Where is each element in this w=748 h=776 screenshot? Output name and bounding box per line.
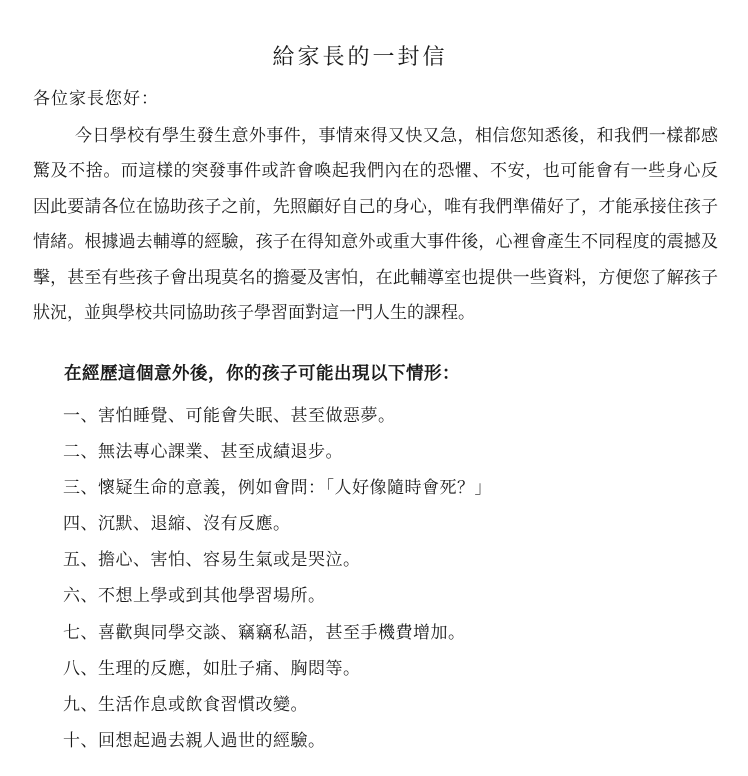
document-title: 給家長的一封信 bbox=[0, 40, 720, 71]
body-line: 驚及不捨。而這樣的突發事件或許會喚起我們內在的恐懼、不安，也可能會有一些身心反應… bbox=[33, 153, 718, 188]
list-item: 九、生活作息或飲食習慣改變。 bbox=[63, 687, 718, 723]
list-item: 十、回想起過去親人過世的經驗。 bbox=[63, 723, 718, 759]
letter-document-page: 給家長的一封信 各位家長您好： 今日學校有學生發生意外事件，事情來得又快又急，相… bbox=[0, 0, 748, 776]
section-heading: 在經歷這個意外後，你的孩子可能出現以下情形： bbox=[64, 360, 460, 385]
list-item: 六、不想上學或到其他學習場所。 bbox=[63, 578, 718, 614]
body-line: 擊，甚至有些孩子會出現莫名的擔憂及害怕，在此輔導室也提供一些資料，方便您了解孩子… bbox=[33, 260, 718, 295]
symptom-list: 一、害怕睡覺、可能會失眠、甚至做惡夢。 二、無法專心課業、甚至成績退步。 三、懷… bbox=[63, 398, 718, 759]
list-item: 一、害怕睡覺、可能會失眠、甚至做惡夢。 bbox=[63, 398, 718, 434]
list-item: 三、懷疑生命的意義，例如會問：「人好像隨時會死？」 bbox=[63, 470, 718, 506]
body-line: 因此要請各位在協助孩子之前，先照顧好自己的身心，唯有我們準備好了，才能承接住孩子… bbox=[33, 189, 718, 224]
list-item: 四、沉默、退縮、沒有反應。 bbox=[63, 506, 718, 542]
body-line: 狀況，並與學校共同協助孩子學習面對這一門人生的課程。 bbox=[33, 295, 718, 330]
body-line: 情緒。根據過去輔導的經驗，孩子在得知意外或重大事件後，心裡會產生不同程度的震撼及… bbox=[33, 224, 718, 259]
greeting-line: 各位家長您好： bbox=[33, 84, 159, 109]
list-item: 七、喜歡與同學交談、竊竊私語，甚至手機費增加。 bbox=[63, 615, 718, 651]
list-item: 五、擔心、害怕、容易生氣或是哭泣。 bbox=[63, 542, 718, 578]
body-line: 今日學校有學生發生意外事件，事情來得又快又急，相信您知悉後，和我們一樣都感到震 bbox=[33, 118, 718, 153]
list-item: 二、無法專心課業、甚至成績退步。 bbox=[63, 434, 718, 470]
list-item: 八、生理的反應，如肚子痛、胸悶等。 bbox=[63, 651, 718, 687]
body-paragraph: 今日學校有學生發生意外事件，事情來得又快又急，相信您知悉後，和我們一樣都感到震 … bbox=[33, 118, 718, 330]
